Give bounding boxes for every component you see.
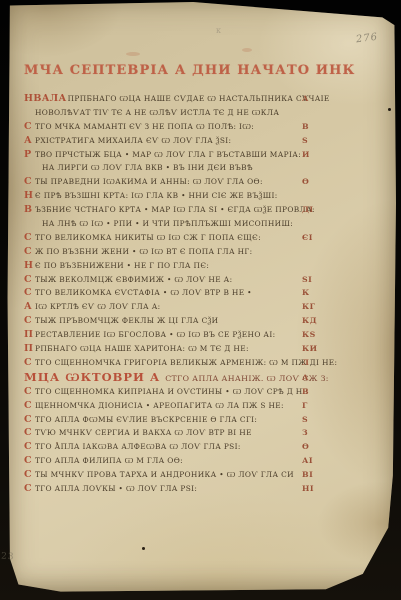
- line-text: ЩЕННОМЧКА ДІОНИСІА • АРЕОПАГИТА Ѡ ЛА ПЖ …: [35, 399, 284, 413]
- calendar-line: ВЪЗБНИЄ ЧСТНАГО КРТА • МАР ІѠ ГЛА ЅІ • Є…: [24, 203, 364, 217]
- calendar-line: ПРПБНАГО ѠЦА НАШЕ ХАРИТОНА: Ѡ М ТЄ Д НЕ:…: [24, 342, 364, 356]
- rubric-initial: В: [24, 203, 35, 217]
- margin-scribble: 23: [1, 552, 15, 563]
- line-text: ТЫЖ ВЕКОЛМЦЖ ЄВФИМИЖ • Ѡ ЛОѴ НЕ А:: [35, 273, 232, 287]
- calendar-line: НА ЛИРГИ Ѡ ЛОѴ ГЛА ВКВ • ВЪ ІНИ ДЄИ ВЪВѢ: [24, 161, 364, 175]
- line-text: ІѠ КРТЛѢ ЄѴ Ѡ ЛОѴ ГЛА А:: [35, 300, 161, 314]
- calendar-line: СТГО АПЛА ФѠМЫ ЄѴЛИЕ ВЪСКРСЕНІЕ Ѳ ГЛА СГ…: [24, 413, 364, 427]
- line-text: ТѴЮ МЧНКѴ СЕРГИА И ВАКХА Ѡ ЛОѴ ВТР ВІ НЕ: [35, 426, 252, 440]
- rubric-initial: С: [24, 175, 35, 189]
- day-numeral: А: [302, 370, 309, 385]
- rubric-initial: С: [24, 286, 35, 300]
- red-smudge: [126, 52, 140, 56]
- line-text: ТГО ВЕЛИКОМКА НИКИТЫ Ѡ ІѠ СЖ Г ПОПА ЄЩЄ:: [35, 231, 261, 245]
- line-text: Ж ПО ВЪЗБНИ ЖЕНИ • Ѡ ІѠ ВТ Є ПОПА ГЛА НГ…: [35, 245, 252, 259]
- day-numeral: Г: [302, 399, 308, 413]
- day-numeral: ЄІ: [302, 231, 313, 245]
- line-text: НА ЛНѢ Ѡ ІѠ • РПИ • И ЧТИ ПРѢПЛЪЖШІ МИСО…: [35, 217, 293, 231]
- pencil-mark: к: [216, 26, 221, 35]
- calendar-line: РТВО ПРЧСТЫЖ БЦА • МАР Ѡ ЛОѴ ГЛА Г ВЪСТА…: [24, 148, 364, 162]
- rubric-initial: С: [24, 231, 35, 245]
- rubric-initial: С: [24, 273, 35, 287]
- calendar-line: СТЫ ПРАВЕДНИ ІѠАКИМА И АННЫ: Ѡ ЛОѴ ГЛА О…: [24, 175, 364, 189]
- day-numeral: КГ: [302, 300, 315, 314]
- line-text: ТЫЖ ПРЪВОМЧЦЖ ФЕКЛЫ Ж ЦІ ГЛА СѮИ: [35, 314, 218, 328]
- day-numeral: ВІ: [302, 468, 313, 482]
- line-text: ТЫ МЧНКѴ ПРОВА ТАРХА И АНДРОНИКА • Ѡ ЛОѴ…: [35, 468, 294, 482]
- day-numeral: ДІ: [302, 203, 314, 217]
- rubric-initial: А: [24, 300, 35, 314]
- rubric-initial: С: [24, 440, 35, 454]
- line-text: НА ЛИРГИ Ѡ ЛОѴ ГЛА ВКВ • ВЪ ІНИ ДЄИ ВЪВѢ: [35, 161, 253, 175]
- rubric-initial: С: [24, 468, 35, 482]
- calendar-line: АРХІСТРАТИГА МИХАИЛА ЄѴ Ѡ ЛОѴ ГЛА ѮЅІ:Ѕ: [24, 134, 364, 148]
- line-text: ТГО СЩЕННОМЧКА ГРИГОРІА ВЕЛИКЫЖ АРМЕНІЖ:…: [35, 356, 337, 370]
- line-text: ТГО СЩЕННОМКА КИПРІАНА И ОѴСТИНЫ • Ѡ ЛОѴ…: [35, 385, 308, 399]
- rubric-initial: П: [24, 342, 35, 356]
- day-numeral: Ѕ: [302, 134, 308, 148]
- day-numeral: К: [302, 286, 310, 300]
- line-text: ТГО АПЛА ЛОѴКЫ • Ѡ ЛОѴ ГЛА РЅІ:: [35, 482, 197, 496]
- rubric-initial: П: [24, 328, 35, 342]
- calendar-line: СТѴЮ МЧНКѴ СЕРГИА И ВАКХА Ѡ ЛОѴ ВТР ВІ Н…: [24, 426, 364, 440]
- month-header-september: МЧА СЕПТЕВРІА А ДНИ НАЧАТО ИНК: [24, 58, 364, 92]
- line-text: ТГО АПЛА ІАКѠВА АЛФЕѠВА Ѡ ЛОѴ ГЛА РЅІ:: [35, 440, 241, 454]
- calendar-line: СТЫЖ ПРЪВОМЧЦЖ ФЕКЛЫ Ж ЦІ ГЛА СѮИКД: [24, 314, 364, 328]
- ink-speck: [388, 108, 391, 111]
- calendar-line: СТГО АПЛА ІАКѠВА АЛФЕѠВА Ѡ ЛОѴ ГЛА РЅІ:Ѳ: [24, 440, 364, 454]
- day-numeral: КД: [302, 314, 317, 328]
- calendar-line: СТГО ВЕЛИКОМКА ЄѴСТАФІА • Ѡ ЛОѴ ВТР В НЕ…: [24, 286, 364, 300]
- day-numeral: НІ: [302, 482, 314, 496]
- day-numeral: З: [302, 426, 308, 440]
- line-text: РХІСТРАТИГА МИХАИЛА ЄѴ Ѡ ЛОѴ ГЛА ѮЅІ:: [35, 134, 231, 148]
- day-numeral: И: [302, 148, 310, 162]
- day-numeral: В: [302, 120, 309, 134]
- rubric-initial: С: [24, 120, 35, 134]
- calendar-line: НЄ ПРѢ ВЪЗШНІ КРТА: ІѠ ГЛА КВ • ННИ СІЄ …: [24, 189, 364, 203]
- day-numeral: Л: [302, 356, 309, 370]
- photo-backdrop: к 276 23 МЧА СЕПТЕВРІА А ДНИ НАЧАТО ИНК …: [0, 0, 401, 600]
- calendar-line: СТГО АПЛА ФИЛИПА Ѡ М ГЛА ОѲ:АІ: [24, 454, 364, 468]
- rubric-initial: С: [24, 245, 35, 259]
- rubric-initial: Н: [24, 259, 35, 273]
- rubric-initial: МЦА ѠКТОВРИ А: [24, 370, 165, 385]
- calendar-line: СТГО ВЕЛИКОМКА НИКИТЫ Ѡ ІѠ СЖ Г ПОПА ЄЩЄ…: [24, 231, 364, 245]
- calendar-line: НВАЛАПРПБНАГО ѠЦА НАШЕ СѴДАЕ Ѡ НАСТАЛЬПН…: [24, 92, 364, 106]
- line-text: ЪЗБНИЄ ЧСТНАГО КРТА • МАР ІѠ ГЛА ЅІ • ЄГ…: [35, 203, 315, 217]
- red-smudge: [242, 48, 252, 52]
- line-text: Є ПО ВЪЗБНИЖЕНИ • НЕ Г ПО ГЛА ПЄ:: [35, 259, 209, 273]
- rubric-initial: С: [24, 385, 35, 399]
- rubric-initial: С: [24, 426, 35, 440]
- calendar-line: СЩЕННОМЧКА ДІОНИСІА • АРЕОПАГИТА Ѡ ЛА ПЖ…: [24, 399, 364, 413]
- line-text: ТЫ ПРАВЕДНИ ІѠАКИМА И АННЫ: Ѡ ЛОѴ ГЛА ОѲ…: [35, 175, 263, 189]
- day-numeral: КЅ: [302, 328, 316, 342]
- calendar-line: АІѠ КРТЛѢ ЄѴ Ѡ ЛОѴ ГЛА А:КГ: [24, 300, 364, 314]
- rubric-initial: С: [24, 454, 35, 468]
- line-text: ПРПБНАГО ѠЦА НАШЕ СѴДАЕ Ѡ НАСТАЛЬПНИКА С…: [68, 92, 330, 106]
- calendar-line: СТГО СЩЕННОМКА КИПРІАНА И ОѴСТИНЫ • Ѡ ЛО…: [24, 385, 364, 399]
- calendar-line: СТЫЖ ВЕКОЛМЦЖ ЄВФИМИЖ • Ѡ ЛОѴ НЕ А:ЅІ: [24, 273, 364, 287]
- calendar-line: СТГО СЩЕННОМЧКА ГРИГОРІА ВЕЛИКЫЖ АРМЕНІЖ…: [24, 356, 364, 370]
- line-text: РПБНАГО ѠЦА НАШЕ ХАРИТОНА: Ѡ М ТЄ Д НЕ:: [35, 342, 249, 356]
- day-numeral: ЅІ: [302, 273, 312, 287]
- ink-speck: [142, 547, 145, 550]
- rubric-initial: С: [24, 356, 35, 370]
- calendar-line: НЄ ПО ВЪЗБНИЖЕНИ • НЕ Г ПО ГЛА ПЄ:: [24, 259, 364, 273]
- calendar-line: НОВОЛѢѴАТ ТІѴ ТЄ А НЕ ѠЛѢѴ ИСТЛА ТЄ Д НЕ…: [24, 106, 364, 120]
- line-text: ТГО АПЛА ФИЛИПА Ѡ М ГЛА ОѲ:: [35, 454, 183, 468]
- day-numeral: АІ: [302, 454, 313, 468]
- line-text: Є ПРѢ ВЪЗШНІ КРТА: ІѠ ГЛА КВ • ННИ СІЄ Ж…: [35, 189, 278, 203]
- day-numeral: В: [302, 385, 309, 399]
- line-text: ТГО АПЛА ФѠМЫ ЄѴЛИЕ ВЪСКРСЕНІЕ Ѳ ГЛА СГІ…: [35, 413, 257, 427]
- rubric-initial: А: [24, 134, 35, 148]
- rubric-initial: С: [24, 314, 35, 328]
- day-numeral: А: [302, 92, 309, 106]
- text-block: МЧА СЕПТЕВРІА А ДНИ НАЧАТО ИНК НВАЛАПРПБ…: [24, 58, 364, 496]
- line-text: НОВОЛѢѴАТ ТІѴ ТЄ А НЕ ѠЛѢѴ ИСТЛА ТЄ Д НЕ…: [35, 106, 279, 120]
- rubric-initial: Н: [24, 189, 35, 203]
- day-numeral: Ѳ: [302, 175, 309, 189]
- day-numeral: Ѕ: [302, 413, 308, 427]
- line-text: ТГО МЧКА МАМАНТІ ЄѴ З НЕ ПОПА Ѡ ПОЛѢ: ІѠ…: [35, 120, 254, 134]
- calendar-line: ПРЕСТАВЛЕНИЕ ІѠ БГОСЛОВА • Ѡ ІѠ ВЪ СЕ РѮ…: [24, 328, 364, 342]
- calendar-line: НА ЛНѢ Ѡ ІѠ • РПИ • И ЧТИ ПРѢПЛЪЖШІ МИСО…: [24, 217, 364, 231]
- day-numeral: КИ: [302, 342, 317, 356]
- rubric-initial: С: [24, 399, 35, 413]
- rubric-initial: Р: [24, 148, 35, 162]
- day-numeral: Ѳ: [302, 440, 309, 454]
- rubric-initial: НВАЛА: [24, 92, 68, 106]
- calendar-line: СТГО АПЛА ЛОѴКЫ • Ѡ ЛОѴ ГЛА РЅІ:НІ: [24, 482, 364, 496]
- calendar-line: СТГО МЧКА МАМАНТІ ЄѴ З НЕ ПОПА Ѡ ПОЛѢ: І…: [24, 120, 364, 134]
- rubric-initial: С: [24, 482, 35, 496]
- calendar-lines: НВАЛАПРПБНАГО ѠЦА НАШЕ СѴДАЕ Ѡ НАСТАЛЬПН…: [24, 92, 364, 496]
- calendar-line: СЖ ПО ВЪЗБНИ ЖЕНИ • Ѡ ІѠ ВТ Є ПОПА ГЛА Н…: [24, 245, 364, 259]
- line-text: ТВО ПРЧСТЫЖ БЦА • МАР Ѡ ЛОѴ ГЛА Г ВЪСТАВ…: [35, 148, 301, 162]
- rubric-initial: С: [24, 413, 35, 427]
- month-header-october: МЦА ѠКТОВРИ АСТГО АПЛА АНАНІЖ. Ѡ ЛОѴ СЖ …: [24, 370, 364, 385]
- line-text: РЕСТАВЛЕНИЕ ІѠ БГОСЛОВА • Ѡ ІѠ ВЪ СЕ РѮЕ…: [35, 328, 276, 342]
- line-text: ТГО ВЕЛИКОМКА ЄѴСТАФІА • Ѡ ЛОѴ ВТР В НЕ …: [35, 286, 252, 300]
- calendar-line: СТЫ МЧНКѴ ПРОВА ТАРХА И АНДРОНИКА • Ѡ ЛО…: [24, 468, 364, 482]
